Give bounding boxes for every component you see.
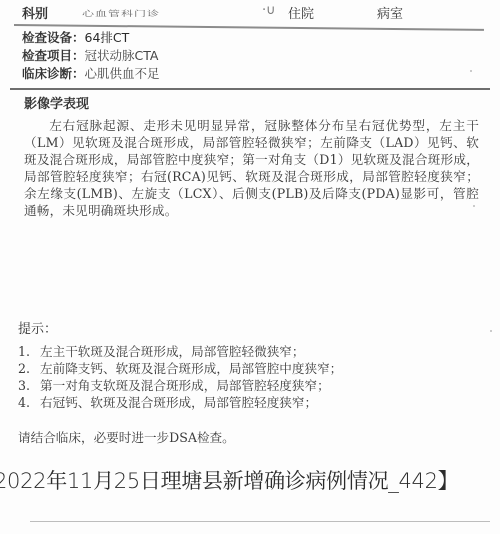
conclusion-item: 4.右冠钙、软斑及混合斑形成，局部管腔轻度狭窄； <box>18 394 342 411</box>
findings-title: 影像学表现 <box>24 93 89 112</box>
device-label: 检查设备： <box>22 30 85 45</box>
report-header-row: 科别 心血管科门诊 ·∪ 住院 病室 <box>0 2 500 24</box>
conclusion-item: 3.第一对角支软斑及混合斑形成，局部管腔轻度狭窄； <box>18 377 342 394</box>
scan-speck <box>470 70 472 72</box>
scan-speck <box>490 330 492 332</box>
item-text: 左主干软斑及混合斑形成，局部管腔轻微狭窄； <box>40 344 304 359</box>
item-number: 3. <box>18 377 40 394</box>
conclusion-title: 提示： <box>18 318 57 337</box>
item-value: 冠状动脉CTA <box>85 48 159 63</box>
conclusion-item: 2.左前降支钙、软斑及混合斑形成，局部管腔中度狭窄； <box>18 360 342 377</box>
item-text: 右冠钙、软斑及混合斑形成，局部管腔轻度狭窄； <box>40 395 317 410</box>
ward-label: 病室 <box>377 3 403 22</box>
bottom-divider <box>30 521 490 522</box>
diagnosis-label: 临床诊断： <box>22 66 85 81</box>
item-number: 2. <box>18 360 40 377</box>
conclusion-list: 1.左主干软斑及混合斑形成，局部管腔轻微狭窄； 2.左前降支钙、软斑及混合斑形成… <box>18 343 342 411</box>
medical-report-photo: 科别 心血管科门诊 ·∪ 住院 病室 检查设备：64排CT 检查项目：冠状动脉C… <box>0 0 500 534</box>
findings-text: 左右冠脉起源、走形未见明显异常，冠脉整体分布呈右冠优势型，左主干（LM）见软斑及… <box>24 117 479 219</box>
department-label: 科别 <box>22 3 48 22</box>
diagnosis-value: 心肌供血不足 <box>85 66 160 81</box>
item-number: 4. <box>18 394 40 411</box>
item-label: 检查项目： <box>22 48 85 63</box>
diagnosis-row: 临床诊断：心肌供血不足 <box>22 65 160 83</box>
conclusion-item: 1.左主干软斑及混合斑形成，局部管腔轻微狭窄； <box>18 343 342 360</box>
scan-speck <box>473 205 475 207</box>
info-divider <box>10 88 490 90</box>
exam-info: 检查设备：64排CT 检查项目：冠状动脉CTA 临床诊断：心肌供血不足 <box>22 29 160 83</box>
device-row: 检查设备：64排CT <box>22 29 160 47</box>
department-value: 心血管科门诊 <box>82 8 160 18</box>
item-text: 第一对角支软斑及混合斑形成，局部管腔轻度狭窄； <box>40 378 330 393</box>
item-number: 1. <box>18 343 40 360</box>
item-text: 左前降支钙、软斑及混合斑形成，局部管腔中度狭窄； <box>40 361 342 376</box>
inpatient-label: 住院 <box>288 3 314 22</box>
conclusion-note: 请结合临床，必要时进一步DSA检查。 <box>18 427 235 446</box>
bed-mark: ·∪ <box>262 3 276 18</box>
item-row: 检查项目：冠状动脉CTA <box>22 47 160 65</box>
device-value: 64排CT <box>85 30 130 45</box>
article-caption: 2022年11月25日理塘县新增确诊病例情况_442】 <box>0 466 500 496</box>
